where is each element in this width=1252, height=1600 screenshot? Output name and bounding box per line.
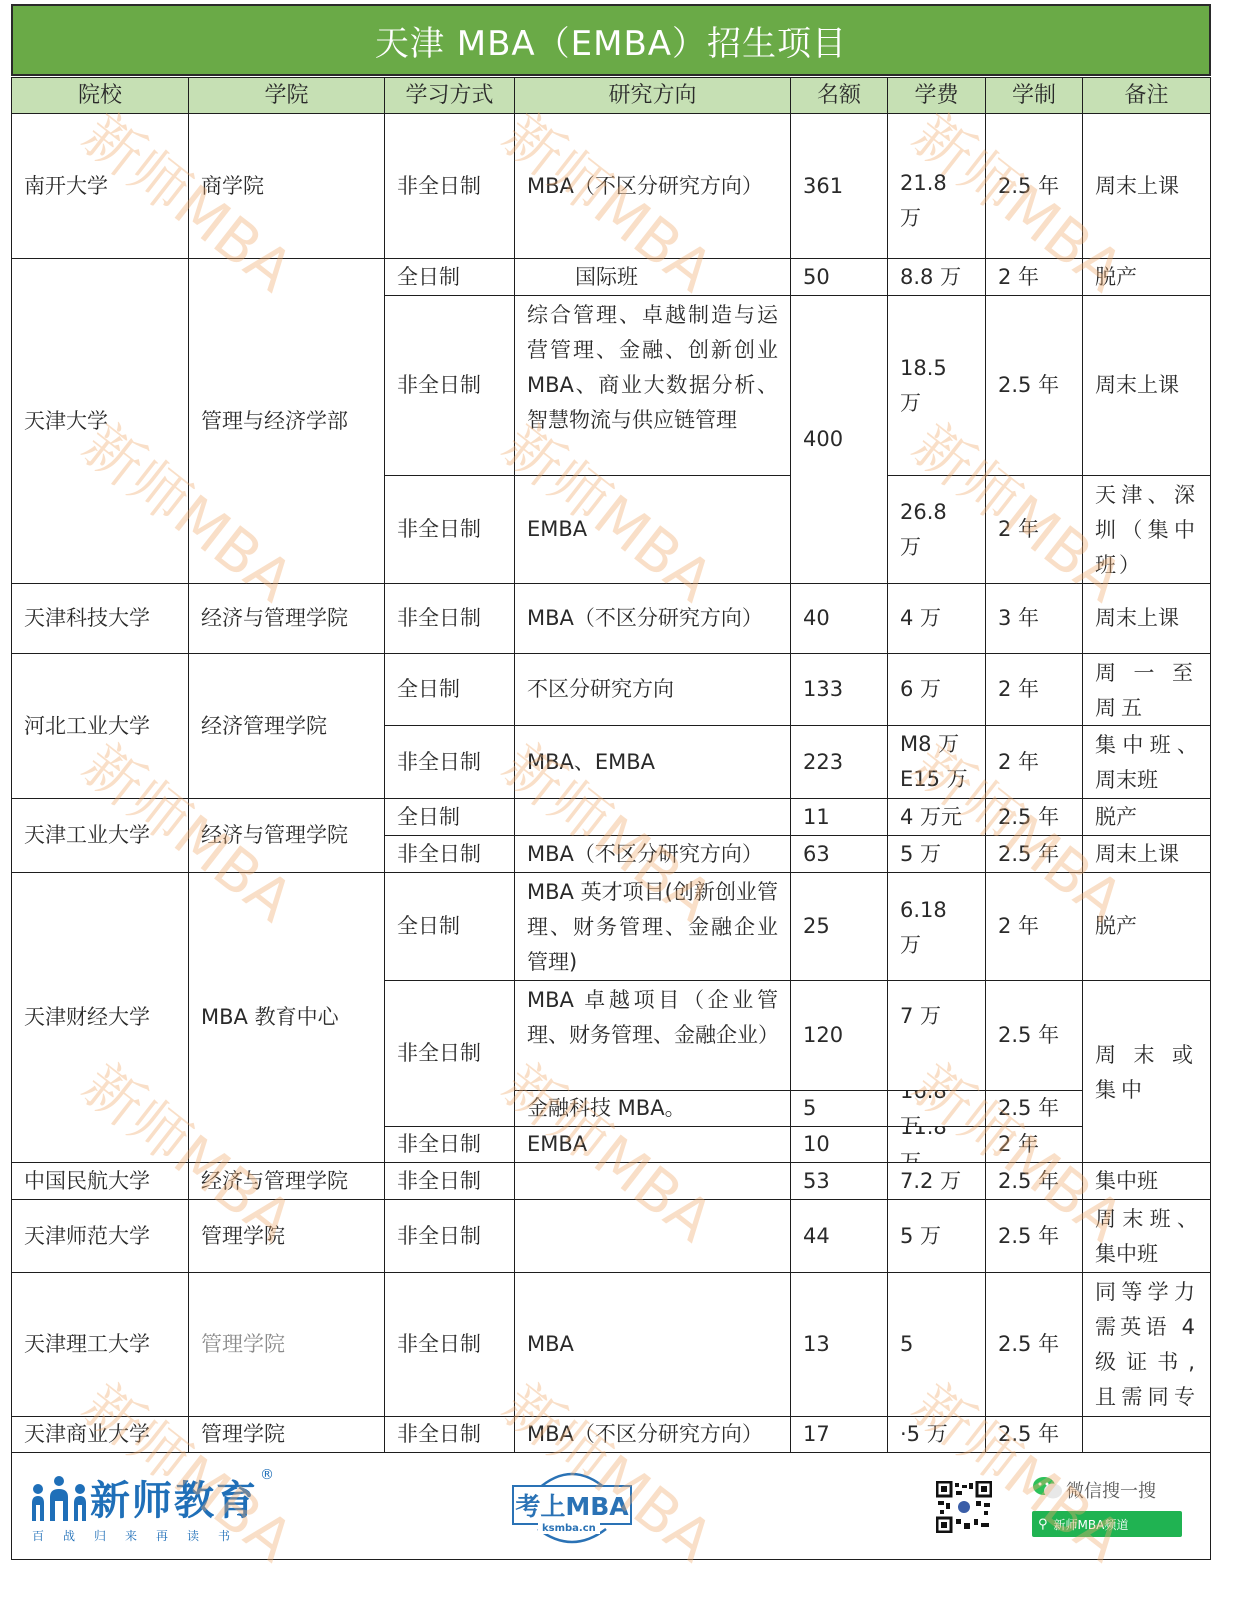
header-duration: 学制 [985, 77, 1083, 114]
cell-direction: EMBA [514, 475, 791, 584]
cell-quota: 120 [790, 980, 888, 1091]
cell-duration: 3 年 [985, 583, 1083, 654]
cell-school: 天津理工大学 [11, 1272, 189, 1417]
cell-school: 天津师范大学 [11, 1199, 189, 1273]
cell-note: 天津、深圳（集中班） [1082, 475, 1211, 584]
cell-note: 周末上课 [1082, 583, 1211, 654]
header-school: 院校 [11, 77, 189, 114]
cell-duration: 2.5 年 [985, 1090, 1083, 1127]
cell-college: 经济与管理学院 [188, 1162, 385, 1200]
cell-school: 天津财经大学 [11, 872, 189, 1163]
cell-fee: 6 万 [887, 653, 986, 726]
cell-fee: 6.18 万 [887, 872, 986, 981]
cell-quota: 5 [790, 1090, 888, 1127]
xinshi-education-logo: 新师教育 ® 百战归来再读书 [28, 1467, 268, 1547]
cell-duration: 2.5 年 [985, 798, 1083, 836]
cell-school: 天津工业大学 [11, 798, 189, 873]
cell-mode: 非全日制 [384, 835, 515, 873]
cell-direction: 金融科技 MBA。 [514, 1090, 791, 1127]
admissions-table-sheet: 天津 MBA（EMBA）招生项目 院校 学院 学习方式 研究方向 名额 学费 学… [0, 0, 1252, 1600]
cell-duration: 2.5 年 [985, 113, 1083, 259]
cell-duration: 2.5 年 [985, 1162, 1083, 1200]
cell-quota: 53 [790, 1162, 888, 1200]
cell-note [1082, 1416, 1211, 1453]
cell-mode: 非全日制 [384, 1416, 515, 1453]
cell-direction: MBA 英才项目(创新创业管理、财务管理、金融企业管理) [514, 872, 791, 981]
cell-note: 脱产 [1082, 872, 1211, 981]
qr-code-icon[interactable] [936, 1481, 992, 1533]
search-icon: ⚲ [1038, 1517, 1048, 1532]
cell-mode: 全日制 [384, 798, 515, 836]
cell-note: 同等学力需英语 4 级证书, 且需同专业 [1082, 1272, 1211, 1417]
cell-quota: 50 [790, 258, 888, 296]
cell-note: 周末上课 [1082, 295, 1211, 476]
cell-note: 集中班、周末班 [1082, 725, 1211, 799]
cell-school: 河北工业大学 [11, 653, 189, 799]
cell-quota: 40 [790, 583, 888, 654]
cell-quota: 11 [790, 798, 888, 836]
cell-note: 周一至周五 [1082, 653, 1211, 726]
cell-duration: 2.5 年 [985, 1272, 1083, 1417]
cell-duration: 2 年 [985, 725, 1083, 799]
cell-fee: 8.8 万 [887, 258, 986, 296]
cell-college: 管理学院 [188, 1272, 385, 1417]
cell-school: 天津商业大学 [11, 1416, 189, 1453]
cell-quota: 223 [790, 725, 888, 799]
cell-direction [514, 1199, 791, 1273]
cell-fee: ·5 万 [887, 1416, 986, 1453]
cell-mode: 全日制 [384, 653, 515, 726]
cell-college: 管理学院 [188, 1199, 385, 1273]
cell-note: 脱产 [1082, 798, 1211, 836]
cell-direction: MBA、EMBA [514, 725, 791, 799]
cell-duration: 2.5 年 [985, 980, 1083, 1091]
cell-direction: MBA 卓越项目（企业管理、财务管理、金融企业） [514, 980, 791, 1091]
cell-mode: 非全日制 [384, 1126, 515, 1163]
cell-mode: 非全日制 [384, 583, 515, 654]
header-direction: 研究方向 [514, 77, 791, 114]
cell-fee: 18.5 万 [887, 295, 986, 476]
cell-note: 周末或集中 [1082, 980, 1211, 1163]
cell-direction: 综合管理、卓越制造与运营管理、金融、创新创业 MBA、商业大数据分析、智慧物流与… [514, 295, 791, 476]
cell-duration: 2 年 [985, 258, 1083, 296]
cell-college: 经济管理学院 [188, 653, 385, 799]
cell-direction: MBA（不区分研究方向） [514, 1416, 791, 1453]
cell-direction: MBA（不区分研究方向） [514, 835, 791, 873]
cell-quota: 361 [790, 113, 888, 259]
registered-mark: ® [260, 1467, 274, 1483]
cell-duration: 2 年 [985, 653, 1083, 726]
people-logo-icon [30, 1475, 88, 1521]
cell-note: 集中班 [1082, 1162, 1211, 1200]
cell-note: 周末班、集中班 [1082, 1199, 1211, 1273]
cell-duration: 2.5 年 [985, 295, 1083, 476]
cell-fee: 16.8 万 [887, 1090, 986, 1127]
cell-fee: 26.8 万 [887, 475, 986, 584]
cell-duration: 2.5 年 [985, 1416, 1083, 1453]
cell-college: MBA 教育中心 [188, 872, 385, 1163]
cell-direction: 不区分研究方向 [514, 653, 791, 726]
wechat-search-box[interactable]: ⚲ 新师MBA频道 [1032, 1511, 1182, 1537]
header-fee: 学费 [887, 77, 986, 114]
cell-duration: 2 年 [985, 1126, 1083, 1163]
cell-direction: MBA [514, 1272, 791, 1417]
cell-school: 南开大学 [11, 113, 189, 259]
cell-fee: M8 万 E15 万 [887, 725, 986, 799]
cell-school: 中国民航大学 [11, 1162, 189, 1200]
ksmba-wordmark: 考上MBA [512, 1485, 632, 1525]
cell-direction: EMBA [514, 1126, 791, 1163]
cell-direction: MBA（不区分研究方向） [514, 113, 791, 259]
cell-mode: 非全日制 [384, 475, 515, 584]
cell-note: 周末上课 [1082, 835, 1211, 873]
cell-quota: 13 [790, 1272, 888, 1417]
cell-quota-shared: 400 [790, 295, 888, 584]
cell-note: 周末上课 [1082, 113, 1211, 259]
cell-mode: 非全日制 [384, 725, 515, 799]
ksmba-domain: ksmba.cn [538, 1523, 600, 1534]
header-college: 学院 [188, 77, 385, 114]
cell-quota: 10 [790, 1126, 888, 1163]
cell-mode: 全日制 [384, 872, 515, 981]
cell-mode: 全日制 [384, 258, 515, 296]
cell-college: 商学院 [188, 113, 385, 259]
cell-direction [514, 798, 791, 836]
header-study-mode: 学习方式 [384, 77, 515, 114]
cell-mode: 非全日制 [384, 980, 515, 1127]
brand-name: 新师教育 [90, 1469, 258, 1526]
cell-fee: 5 万 [887, 835, 986, 873]
cell-mode: 非全日制 [384, 1162, 515, 1200]
cell-quota: 133 [790, 653, 888, 726]
wechat-search-label: 微信搜一搜 [1066, 1477, 1156, 1503]
fee-emba: E15 万 [900, 762, 968, 797]
cell-mode: 非全日制 [384, 1272, 515, 1417]
wechat-icon [1032, 1475, 1064, 1501]
wechat-search-widget: 微信搜一搜 ⚲ 新师MBA频道 [1032, 1475, 1192, 1545]
cell-note: 脱产 [1082, 258, 1211, 296]
cell-duration: 2 年 [985, 872, 1083, 981]
cell-fee: 5 [887, 1272, 986, 1417]
cell-mode: 非全日制 [384, 113, 515, 259]
cell-duration: 2 年 [985, 475, 1083, 584]
cell-college: 经济与管理学院 [188, 583, 385, 654]
cell-mode: 非全日制 [384, 1199, 515, 1273]
wechat-search-query: 新师MBA频道 [1054, 1516, 1129, 1533]
header-note: 备注 [1082, 77, 1211, 114]
cell-fee: 4 万元 [887, 798, 986, 836]
cell-college: 管理与经济学部 [188, 258, 385, 584]
cell-fee: 21.8 万 [887, 113, 986, 259]
cell-fee: 5 万 [887, 1199, 986, 1273]
cell-college: 管理学院 [188, 1416, 385, 1453]
cell-quota: 44 [790, 1199, 888, 1273]
fee-mba: M8 万 [900, 727, 959, 762]
cell-school: 天津大学 [11, 258, 189, 584]
cell-direction: MBA（不区分研究方向） [514, 583, 791, 654]
cell-fee: 7.2 万 [887, 1162, 986, 1200]
cell-college: 经济与管理学院 [188, 798, 385, 873]
cell-fee: 11.8 万 [887, 1126, 986, 1163]
cell-fee: 4 万 [887, 583, 986, 654]
header-quota: 名额 [790, 77, 888, 114]
cell-direction: 国际班 [514, 258, 791, 296]
ksmba-logo: 考上MBA ksmba.cn [508, 1463, 638, 1551]
cell-quota: 63 [790, 835, 888, 873]
cell-duration: 2.5 年 [985, 835, 1083, 873]
cell-quota: 25 [790, 872, 888, 981]
footer-logos: 新师教育 ® 百战归来再读书 考上MBA ksmba.cn [11, 1452, 1211, 1560]
cell-quota: 17 [790, 1416, 888, 1453]
cell-direction [514, 1162, 791, 1200]
cell-duration: 2.5 年 [985, 1199, 1083, 1273]
cell-school: 天津科技大学 [11, 583, 189, 654]
cell-fee: 7 万 [887, 980, 986, 1091]
brand-slogan: 百战归来再读书 [32, 1527, 249, 1544]
cell-mode: 非全日制 [384, 295, 515, 476]
page-title: 天津 MBA（EMBA）招生项目 [11, 4, 1211, 76]
